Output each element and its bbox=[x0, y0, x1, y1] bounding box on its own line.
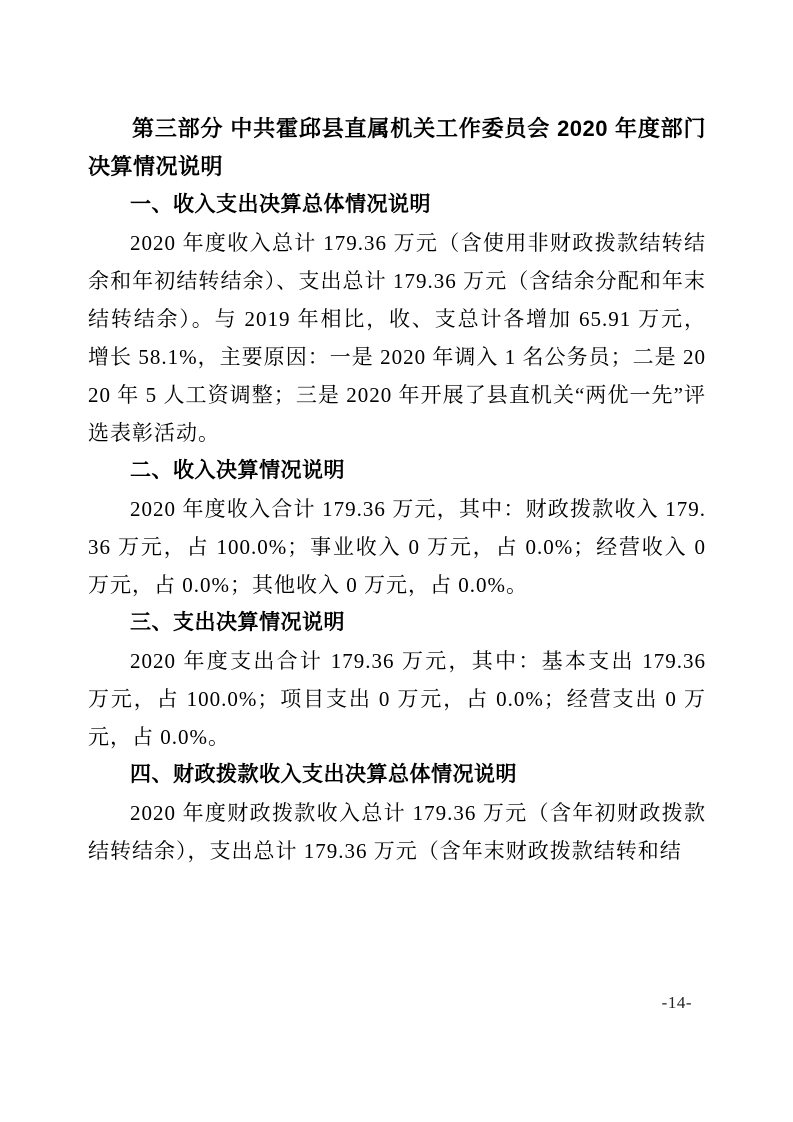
document-page: 第三部分 中共霍邱县直属机关工作委员会 2020 年度部门决算情况说明 一、收入… bbox=[0, 0, 793, 1122]
section-4-body: 2020 年度财政拨款收入总计 179.36 万元（含年初财政拨款结转结余），支… bbox=[88, 794, 706, 870]
section-1-body: 2020 年度收入总计 179.36 万元（含使用非财政拨款结转结余和年初结转结… bbox=[88, 224, 706, 452]
section-2-body: 2020 年度收入合计 179.36 万元，其中：财政拨款收入 179.36 万… bbox=[88, 490, 706, 604]
page-number: -14- bbox=[662, 993, 692, 1013]
section-4-heading: 四、财政拨款收入支出决算总体情况说明 bbox=[88, 756, 706, 794]
section-3-body: 2020 年度支出合计 179.36 万元，其中：基本支出 179.36 万元，… bbox=[88, 642, 706, 756]
section-2-heading: 二、收入决算情况说明 bbox=[88, 452, 706, 490]
document-title: 第三部分 中共霍邱县直属机关工作委员会 2020 年度部门决算情况说明 bbox=[88, 110, 706, 186]
section-3-heading: 三、支出决算情况说明 bbox=[88, 604, 706, 642]
document-content: 第三部分 中共霍邱县直属机关工作委员会 2020 年度部门决算情况说明 一、收入… bbox=[88, 110, 706, 870]
section-1-heading: 一、收入支出决算总体情况说明 bbox=[88, 186, 706, 224]
